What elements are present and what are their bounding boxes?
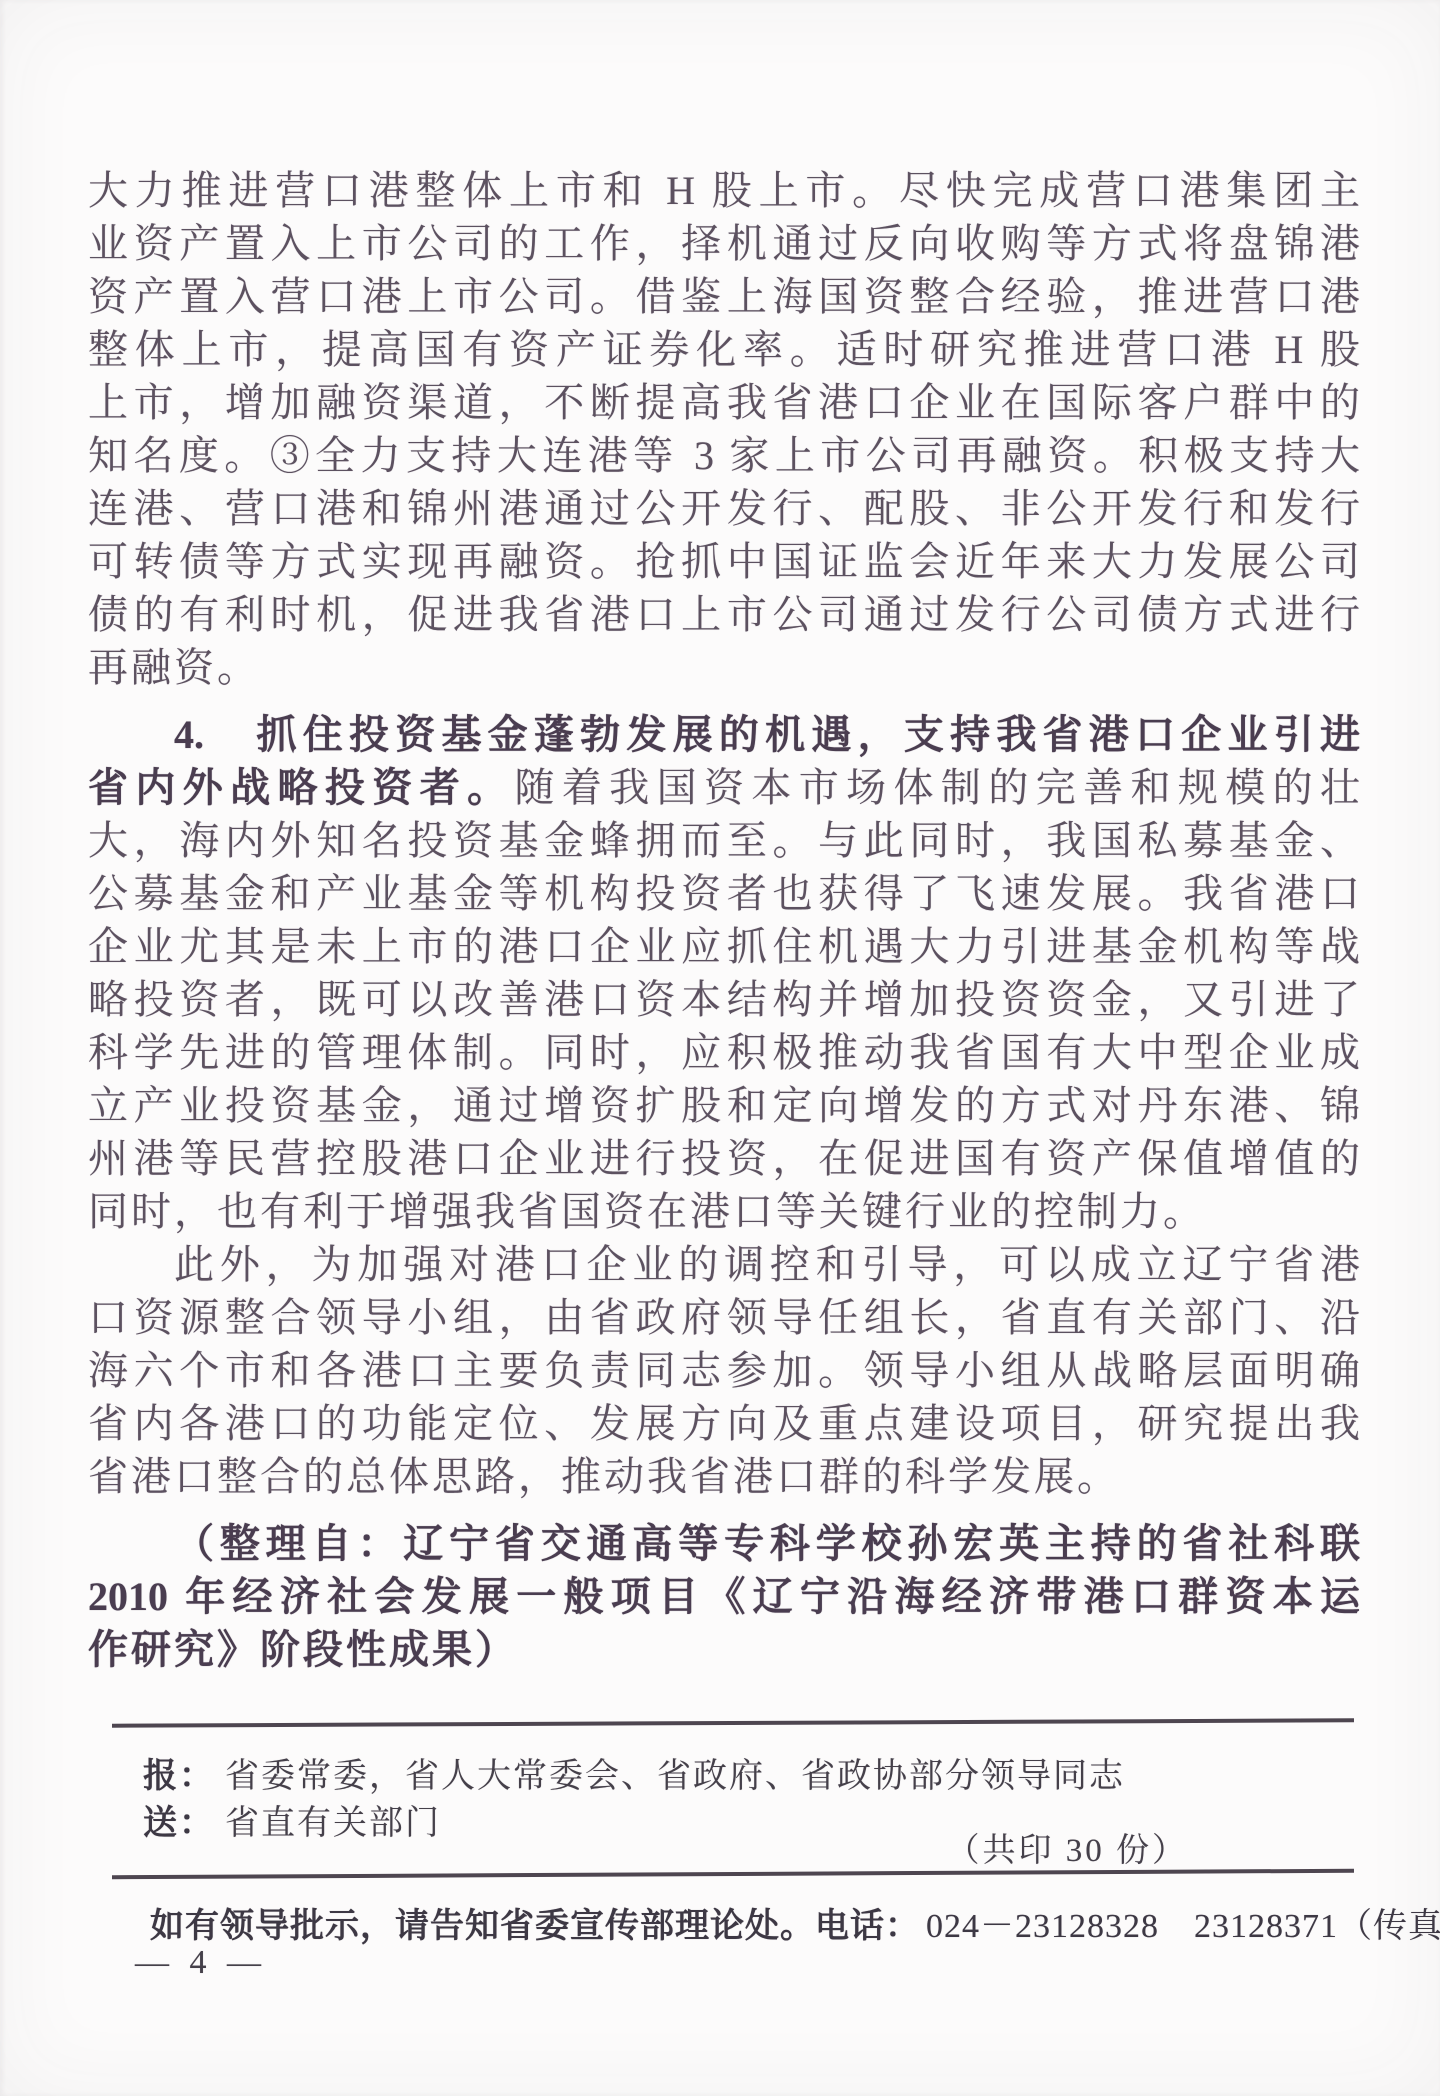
text-line: 企业尤其是未上市的港口企业应抓住机遇大力引进基金机构等战 xyxy=(88,920,1360,973)
text-line: 再融资。 xyxy=(88,641,1360,694)
text-segment: 随着我国资本市场体制的完善和规模的壮 xyxy=(514,765,1360,810)
text-segment: 科学先进的管理体制。同时，应积极推动我省国有大中型企业成 xyxy=(88,1030,1360,1075)
para-citation: （整理自：辽宁省交通高等专科学校孙宏英主持的省社科联2010 年经济社会发展一般… xyxy=(88,1517,1360,1676)
text-segment: 再融资。 xyxy=(88,645,260,690)
text-line: 省内各港口的功能定位、发展方向及重点建设项目，研究提出我 xyxy=(88,1397,1360,1450)
text-line: 科学先进的管理体制。同时，应积极推动我省国有大中型企业成 xyxy=(88,1026,1360,1079)
text-line: 立产业投资基金，通过增资扩股和定向增发的方式对丹东港、锦 xyxy=(88,1079,1360,1132)
text-segment: 省内各港口的功能定位、发展方向及重点建设项目，研究提出我 xyxy=(88,1401,1360,1446)
text-line: 整体上市，提高国有资产证券化率。适时研究推进营口港 H 股 xyxy=(88,323,1360,376)
text-line: 作研究》阶段性成果） xyxy=(88,1623,1360,1676)
text-segment: 企业尤其是未上市的港口企业应抓住机遇大力引进基金机构等战 xyxy=(88,924,1360,969)
text-line: 海六个市和各港口主要负责同志参加。领导小组从战略层面明确 xyxy=(88,1344,1360,1397)
text-segment: 同时，也有利于增强我省国资在港口等关键行业的控制力。 xyxy=(88,1189,1206,1234)
footer-divider-top xyxy=(112,1718,1354,1727)
copies-note: （共印 30 份） xyxy=(947,1824,1189,1871)
text-segment: 此外，为加强对港口企业的调控和引导，可以成立辽宁省港 xyxy=(174,1242,1360,1287)
bold-text-segment: 省内外战略投资者。 xyxy=(88,765,514,810)
text-segment: 可转债等方式实现再融资。抢抓中国证监会近年来大力发展公司 xyxy=(88,539,1360,584)
report-label: 报： xyxy=(143,1757,215,1795)
text-segment: 整体上市，提高国有资产证券化率。适时研究推进营口港 H 股 xyxy=(88,327,1360,372)
distribution-report-line: 报：省委常委，省人大常委会、省政府、省政协部分领导同志 xyxy=(143,1748,1125,1797)
text-line: 口资源整合领导小组，由省政府领导任组长，省直有关部门、沿 xyxy=(88,1291,1360,1344)
para-leading-group: 此外，为加强对港口企业的调控和引导，可以成立辽宁省港口资源整合领导小组，由省政府… xyxy=(88,1238,1360,1503)
contact-phone-numbers: 024－23128328 23128371（传真） xyxy=(926,1908,1440,1945)
contact-notice-label: 如有领导批示，请告知省委宣传部理论处。电话： xyxy=(150,1907,920,1945)
text-segment: 连港、营口港和锦州港通过公开发行、配股、非公开发行和发行 xyxy=(88,486,1360,531)
page-number: — 4 — xyxy=(135,1944,267,1982)
text-segment: 口资源整合领导小组，由省政府领导任组长，省直有关部门、沿 xyxy=(88,1295,1360,1340)
send-label: 送： xyxy=(143,1804,215,1842)
text-line: 知名度。③全力支持大连港等 3 家上市公司再融资。积极支持大 xyxy=(88,429,1360,482)
bold-text-segment: （整理自：辽宁省交通高等专科学校孙宏英主持的省社科联 xyxy=(174,1521,1360,1566)
text-segment: 略投资者，既可以改善港口资本结构并增加投资资金，又引进了 xyxy=(88,977,1360,1022)
bold-text-segment: 作研究》阶段性成果） xyxy=(88,1627,518,1672)
bold-text-segment: 4. 抓住投资基金蓬勃发展的机遇，支持我省港口企业引进 xyxy=(174,712,1360,757)
text-line: 省内外战略投资者。随着我国资本市场体制的完善和规模的壮 xyxy=(88,761,1360,814)
footer-divider-bottom xyxy=(112,1869,1354,1880)
text-line: 大，海内外知名投资基金蜂拥而至。与此同时，我国私募基金、 xyxy=(88,814,1360,867)
text-segment: 资产置入营口港上市公司。借鉴上海国资整合经验，推进营口港 xyxy=(88,274,1360,319)
text-line: 连港、营口港和锦州港通过公开发行、配股、非公开发行和发行 xyxy=(88,482,1360,535)
text-line: 2010 年经济社会发展一般项目《辽宁沿海经济带港口群资本运 xyxy=(88,1570,1360,1623)
contact-notice-line: 如有领导批示，请告知省委宣传部理论处。电话：024－23128328 23128… xyxy=(150,1898,1440,1947)
text-segment: 海六个市和各港口主要负责同志参加。领导小组从战略层面明确 xyxy=(88,1348,1360,1393)
text-line: 此外，为加强对港口企业的调控和引导，可以成立辽宁省港 xyxy=(88,1238,1360,1291)
text-line: 公募基金和产业基金等机构投资者也获得了飞速发展。我省港口 xyxy=(88,867,1360,920)
text-segment: 公募基金和产业基金等机构投资者也获得了飞速发展。我省港口 xyxy=(88,871,1360,916)
text-line: 债的有利时机，促进我省港口上市公司通过发行公司债方式进行 xyxy=(88,588,1360,641)
text-segment: 业资产置入上市公司的工作，择机通过反向收购等方式将盘锦港 xyxy=(88,221,1360,266)
text-segment: 债的有利时机，促进我省港口上市公司通过发行公司债方式进行 xyxy=(88,592,1360,637)
text-line: 可转债等方式实现再融资。抢抓中国证监会近年来大力发展公司 xyxy=(88,535,1360,588)
text-line: 略投资者，既可以改善港口资本结构并增加投资资金，又引进了 xyxy=(88,973,1360,1026)
text-segment: 大力推进营口港整体上市和 H 股上市。尽快完成营口港集团主 xyxy=(88,168,1360,213)
text-line: 省港口整合的总体思路，推动我省港口群的科学发展。 xyxy=(88,1450,1360,1503)
text-line: 州港等民营控股港口企业进行投资，在促进国有资产保值增值的 xyxy=(88,1132,1360,1185)
text-segment: 上市，增加融资渠道，不断提高我省港口企业在国际客户群中的 xyxy=(88,380,1360,425)
bold-text-segment: 2010 年经济社会发展一般项目《辽宁沿海经济带港口群资本运 xyxy=(88,1574,1360,1619)
text-line: 大力推进营口港整体上市和 H 股上市。尽快完成营口港集团主 xyxy=(88,164,1360,217)
text-segment: 知名度。③全力支持大连港等 3 家上市公司再融资。积极支持大 xyxy=(88,433,1360,478)
send-text: 省直有关部门 xyxy=(225,1805,441,1842)
text-line: 同时，也有利于增强我省国资在港口等关键行业的控制力。 xyxy=(88,1185,1360,1238)
text-segment: 州港等民营控股港口企业进行投资，在促进国有资产保值增值的 xyxy=(88,1136,1360,1181)
document-body: 大力推进营口港整体上市和 H 股上市。尽快完成营口港集团主业资产置入上市公司的工… xyxy=(88,164,1360,1676)
report-text: 省委常委，省人大常委会、省政府、省政协部分领导同志 xyxy=(225,1758,1125,1795)
document-page: 大力推进营口港整体上市和 H 股上市。尽快完成营口港集团主业资产置入上市公司的工… xyxy=(0,0,1440,2096)
para-continuation: 大力推进营口港整体上市和 H 股上市。尽快完成营口港集团主业资产置入上市公司的工… xyxy=(88,164,1360,694)
text-segment: 立产业投资基金，通过增资扩股和定向增发的方式对丹东港、锦 xyxy=(88,1083,1360,1128)
text-line: 上市，增加融资渠道，不断提高我省港口企业在国际客户群中的 xyxy=(88,376,1360,429)
para-section-4: 4. 抓住投资基金蓬勃发展的机遇，支持我省港口企业引进省内外战略投资者。随着我国… xyxy=(88,708,1360,1238)
text-line: （整理自：辽宁省交通高等专科学校孙宏英主持的省社科联 xyxy=(88,1517,1360,1570)
distribution-send-line: 送：省直有关部门 xyxy=(143,1795,441,1844)
text-line: 业资产置入上市公司的工作，择机通过反向收购等方式将盘锦港 xyxy=(88,217,1360,270)
text-line: 4. 抓住投资基金蓬勃发展的机遇，支持我省港口企业引进 xyxy=(88,708,1360,761)
text-segment: 大，海内外知名投资基金蜂拥而至。与此同时，我国私募基金、 xyxy=(88,818,1360,863)
text-line: 资产置入营口港上市公司。借鉴上海国资整合经验，推进营口港 xyxy=(88,270,1360,323)
text-segment: 省港口整合的总体思路，推动我省港口群的科学发展。 xyxy=(88,1454,1120,1499)
